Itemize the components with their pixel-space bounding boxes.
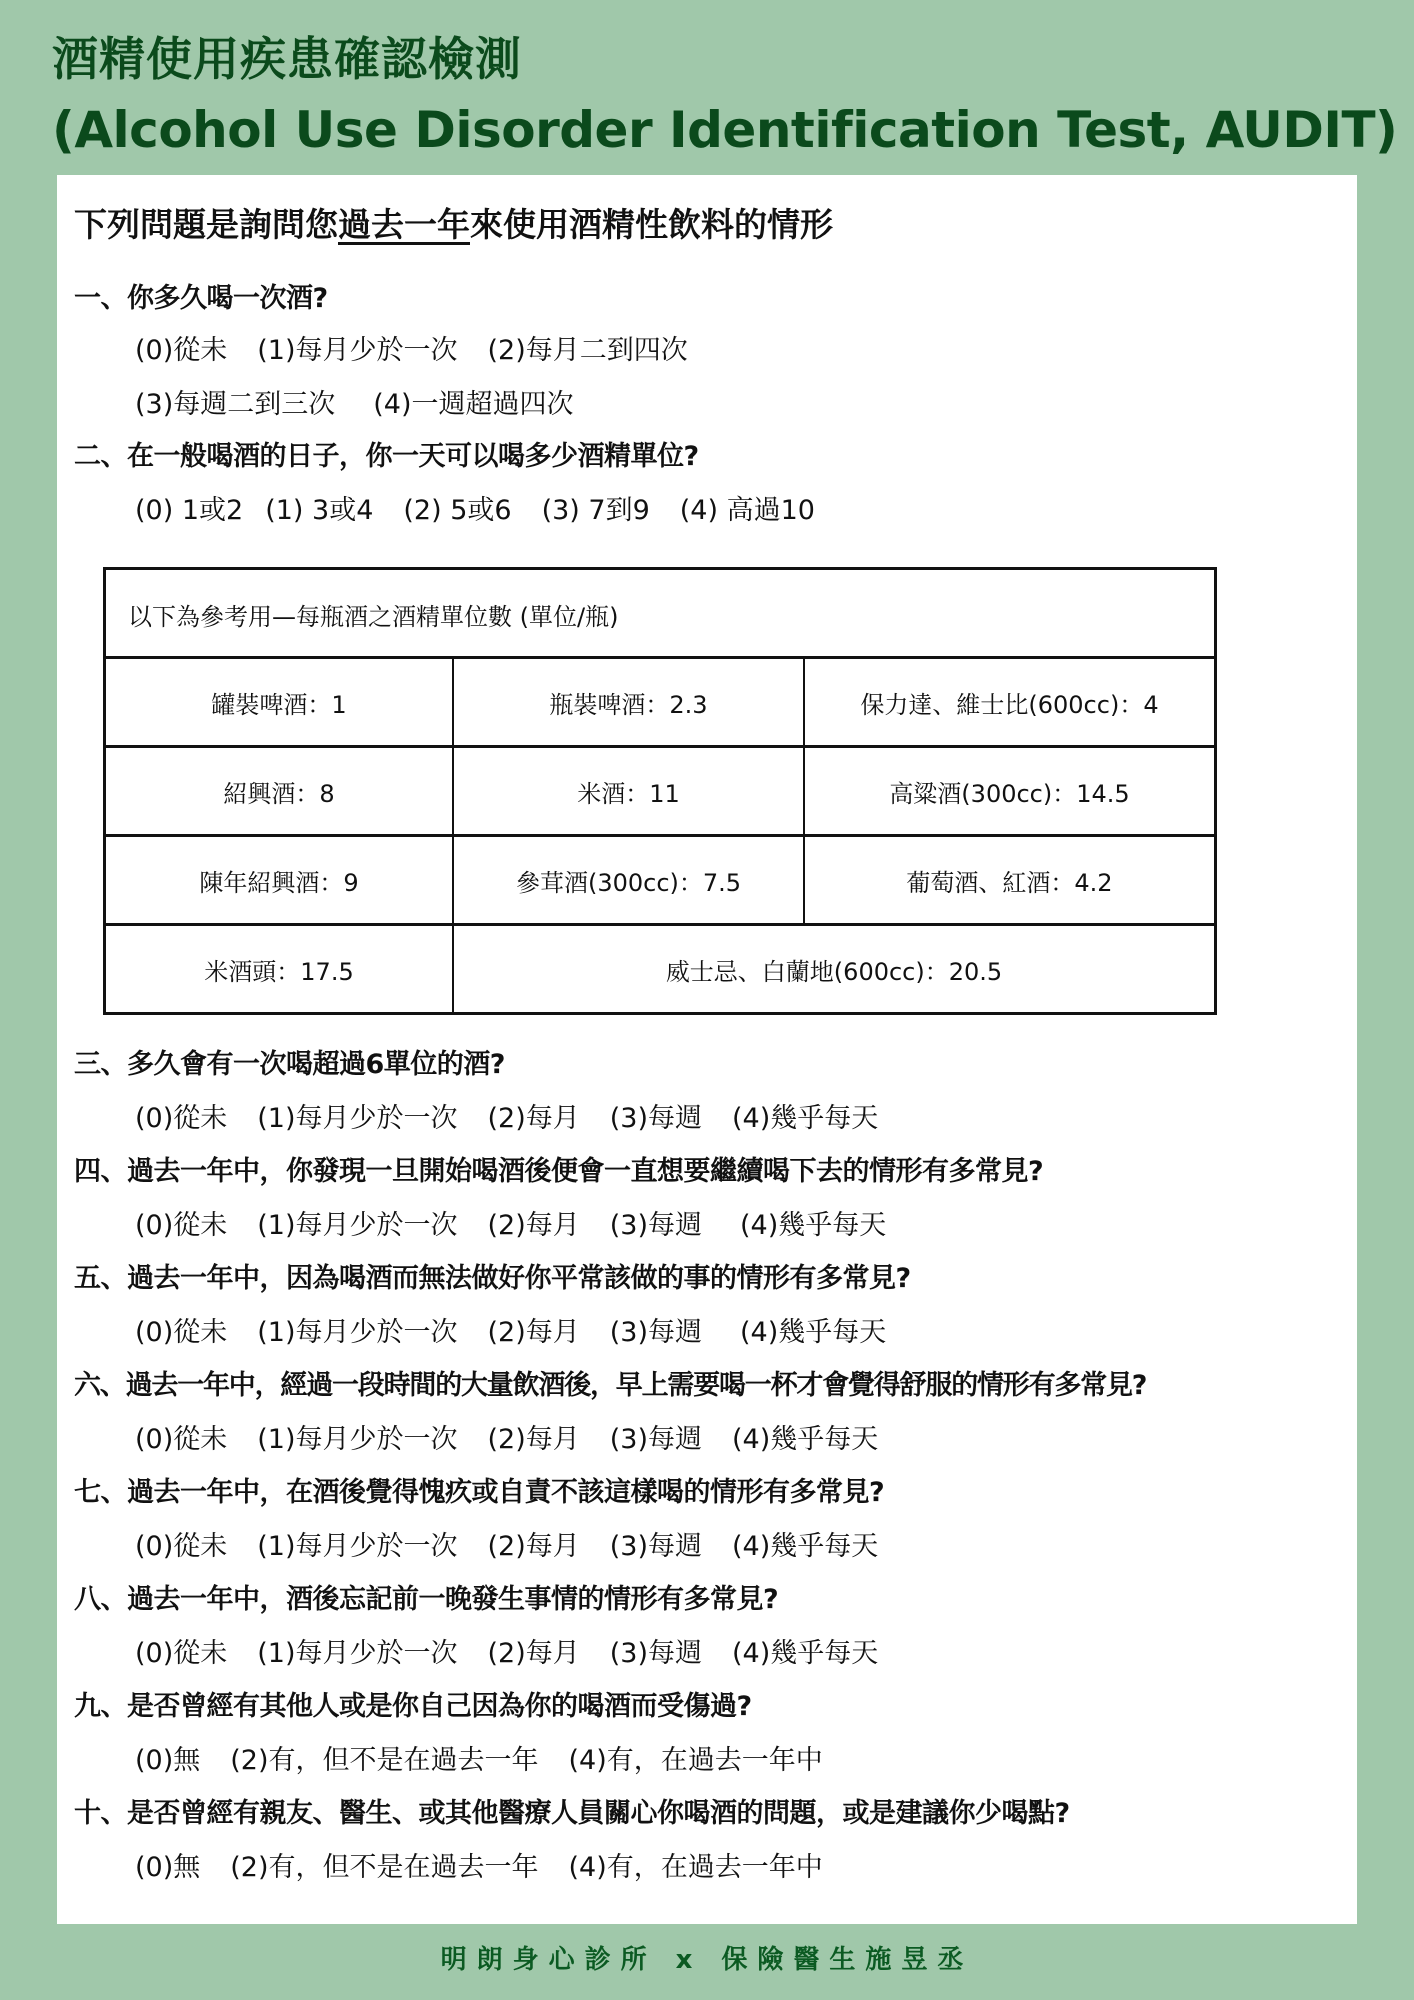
table-cell: 高粱酒(300cc)：14.5 [803, 748, 1214, 834]
option[interactable]: (0)無 [135, 1848, 200, 1888]
option[interactable]: (4)有，在過去一年中 [569, 1741, 823, 1781]
option[interactable]: (0)從未 [135, 1420, 227, 1460]
page-title-en: (Alcohol Use Disorder Identification Tes… [52, 94, 1397, 166]
option[interactable]: (4)幾乎每天 [740, 1206, 886, 1246]
table-row: 陳年紹興酒：9 參茸酒(300cc)：7.5 葡萄酒、紅酒：4.2 [106, 834, 1214, 923]
option[interactable]: (2)每月 [488, 1206, 580, 1246]
table-cell: 參茸酒(300cc)：7.5 [452, 837, 803, 923]
question-8: 八、過去一年中，酒後忘記前一晚發生事情的情形有多常見? [74, 1580, 778, 1620]
question-2: 二、在一般喝酒的日子，你一天可以喝多少酒精單位? [74, 437, 699, 477]
question-3: 三、多久會有一次喝超過6單位的酒? [74, 1045, 505, 1085]
question-7: 七、過去一年中，在酒後覺得愧疚或自責不該這樣喝的情形有多常見? [74, 1473, 884, 1513]
table-cell: 葡萄酒、紅酒：4.2 [803, 837, 1214, 923]
option[interactable]: (4)幾乎每天 [740, 1313, 886, 1353]
question-5: 五、過去一年中，因為喝酒而無法做好你平常該做的事的情形有多常見? [74, 1259, 911, 1299]
question-6-options: (0)從未 (1)每月少於一次 (2)每月 (3)每週 (4)幾乎每天 [135, 1420, 908, 1460]
table-caption: 以下為參考用—每瓶酒之酒精單位數 (單位/瓶) [106, 570, 618, 659]
page-title-zh: 酒精使用疾患確認檢測 [52, 26, 1397, 92]
question-9-options: (0)無 (2)有，但不是在過去一年 (4)有，在過去一年中 [135, 1741, 853, 1781]
option[interactable]: (3)每週 [610, 1099, 702, 1139]
question-5-options: (0)從未 (1)每月少於一次 (2)每月 (3)每週 (4)幾乎每天 [135, 1313, 916, 1353]
table-cell: 罐裝啤酒：1 [106, 659, 452, 745]
table-cell: 米酒：11 [452, 748, 803, 834]
table-row: 米酒頭：17.5 威士忌、白蘭地(600cc)：20.5 [106, 923, 1214, 1012]
option[interactable]: (0)從未 [135, 1206, 227, 1246]
table-cell: 瓶裝啤酒：2.3 [452, 659, 803, 745]
footer-credit: 明朗身心診所 x 保險醫生施昱丞 [0, 1940, 1414, 1980]
option[interactable]: (2)每月 [488, 1527, 580, 1567]
option[interactable]: (4)幾乎每天 [732, 1634, 878, 1674]
option[interactable]: (4)一週超過四次 [373, 385, 573, 425]
question-9: 九、是否曾經有其他人或是你自己因為你的喝酒而受傷過? [74, 1687, 752, 1727]
alcohol-unit-reference-table: 以下為參考用—每瓶酒之酒精單位數 (單位/瓶) 罐裝啤酒：1 瓶裝啤酒：2.3 … [103, 567, 1217, 1015]
option[interactable]: (4)有，在過去一年中 [569, 1848, 823, 1888]
option[interactable]: (1)每月少於一次 [257, 1206, 457, 1246]
table-row: 罐裝啤酒：1 瓶裝啤酒：2.3 保力達、維士比(600cc)：4 [106, 656, 1214, 745]
page-header: 酒精使用疾患確認檢測 (Alcohol Use Disorder Identif… [52, 26, 1397, 166]
table-cell: 保力達、維士比(600cc)：4 [803, 659, 1214, 745]
question-3-options: (0)從未 (1)每月少於一次 (2)每月 (3)每週 (4)幾乎每天 [135, 1099, 908, 1139]
option[interactable]: (2)有，但不是在過去一年 [230, 1848, 538, 1888]
option[interactable]: (1)每月少於一次 [257, 1313, 457, 1353]
option[interactable]: (1)每月少於一次 [257, 1420, 457, 1460]
question-6: 六、過去一年中，經過一段時間的大量飲酒後，早上需要喝一杯才會覺得舒服的情形有多常… [74, 1366, 1146, 1406]
question-1-options-line-2: (3)每週二到三次 (4)一週超過四次 [135, 385, 604, 425]
option[interactable]: (0)從未 [135, 1527, 227, 1567]
option[interactable]: (2)每月 [488, 1420, 580, 1460]
option[interactable]: (0) 1或2 [135, 491, 243, 531]
option[interactable]: (2)每月 [488, 1634, 580, 1674]
question-8-options: (0)從未 (1)每月少於一次 (2)每月 (3)每週 (4)幾乎每天 [135, 1634, 908, 1674]
option[interactable]: (3) 7到9 [542, 491, 650, 531]
option[interactable]: (2)每月 [488, 1099, 580, 1139]
option[interactable]: (0)從未 [135, 1313, 227, 1353]
table-cell: 米酒頭：17.5 [106, 926, 452, 1012]
option[interactable]: (4)幾乎每天 [732, 1527, 878, 1567]
intro-suffix: 來使用酒精性飲料的情形 [470, 205, 833, 244]
option[interactable]: (1)每月少於一次 [257, 1099, 457, 1139]
intro-heading: 下列問題是詢問您過去一年來使用酒精性飲料的情形 [74, 203, 833, 247]
question-4: 四、過去一年中，你發現一旦開始喝酒後便會一直想要繼續喝下去的情形有多常見? [74, 1152, 1043, 1192]
option[interactable]: (3)每週 [610, 1313, 702, 1353]
option[interactable]: (1) 3或4 [265, 491, 373, 531]
question-1-options-line-1: (0)從未 (1)每月少於一次 (2)每月二到四次 [135, 331, 718, 371]
questionnaire-panel: 下列問題是詢問您過去一年來使用酒精性飲料的情形 一、你多久喝一次酒? (0)從未… [57, 175, 1357, 1924]
option[interactable]: (3)每週二到三次 [135, 385, 335, 425]
option[interactable]: (2) 5或6 [403, 491, 511, 531]
option[interactable]: (0)從未 [135, 331, 227, 371]
option[interactable]: (0)從未 [135, 1634, 227, 1674]
table-row: 紹興酒：8 米酒：11 高粱酒(300cc)：14.5 [106, 745, 1214, 834]
option[interactable]: (3)每週 [610, 1634, 702, 1674]
question-7-options: (0)從未 (1)每月少於一次 (2)每月 (3)每週 (4)幾乎每天 [135, 1527, 908, 1567]
question-10: 十、是否曾經有親友、醫生、或其他醫療人員關心你喝酒的問題，或是建議你少喝點? [74, 1794, 1070, 1834]
table-cell: 紹興酒：8 [106, 748, 452, 834]
question-2-options: (0) 1或2 (1) 3或4 (2) 5或6 (3) 7到9 (4) 高過10 [135, 491, 845, 531]
option[interactable]: (2)每月二到四次 [488, 331, 688, 371]
intro-prefix: 下列問題是詢問您 [74, 205, 338, 244]
intro-underlined-period: 過去一年 [338, 205, 470, 244]
option[interactable]: (2)每月 [488, 1313, 580, 1353]
question-10-options: (0)無 (2)有，但不是在過去一年 (4)有，在過去一年中 [135, 1848, 853, 1888]
option[interactable]: (1)每月少於一次 [257, 331, 457, 371]
table-header-row: 以下為參考用—每瓶酒之酒精單位數 (單位/瓶) [106, 570, 1214, 659]
option[interactable]: (1)每月少於一次 [257, 1527, 457, 1567]
question-4-options: (0)從未 (1)每月少於一次 (2)每月 (3)每週 (4)幾乎每天 [135, 1206, 916, 1246]
option[interactable]: (3)每週 [610, 1206, 702, 1246]
option[interactable]: (4)幾乎每天 [732, 1420, 878, 1460]
option[interactable]: (0)無 [135, 1741, 200, 1781]
option[interactable]: (2)有，但不是在過去一年 [230, 1741, 538, 1781]
option[interactable]: (4)幾乎每天 [732, 1099, 878, 1139]
option[interactable]: (0)從未 [135, 1099, 227, 1139]
option[interactable]: (4) 高過10 [680, 491, 815, 531]
option[interactable]: (1)每月少於一次 [257, 1634, 457, 1674]
question-1: 一、你多久喝一次酒? [74, 279, 328, 319]
option[interactable]: (3)每週 [610, 1527, 702, 1567]
option[interactable]: (3)每週 [610, 1420, 702, 1460]
table-cell: 威士忌、白蘭地(600cc)：20.5 [452, 926, 1214, 1012]
table-cell: 陳年紹興酒：9 [106, 837, 452, 923]
